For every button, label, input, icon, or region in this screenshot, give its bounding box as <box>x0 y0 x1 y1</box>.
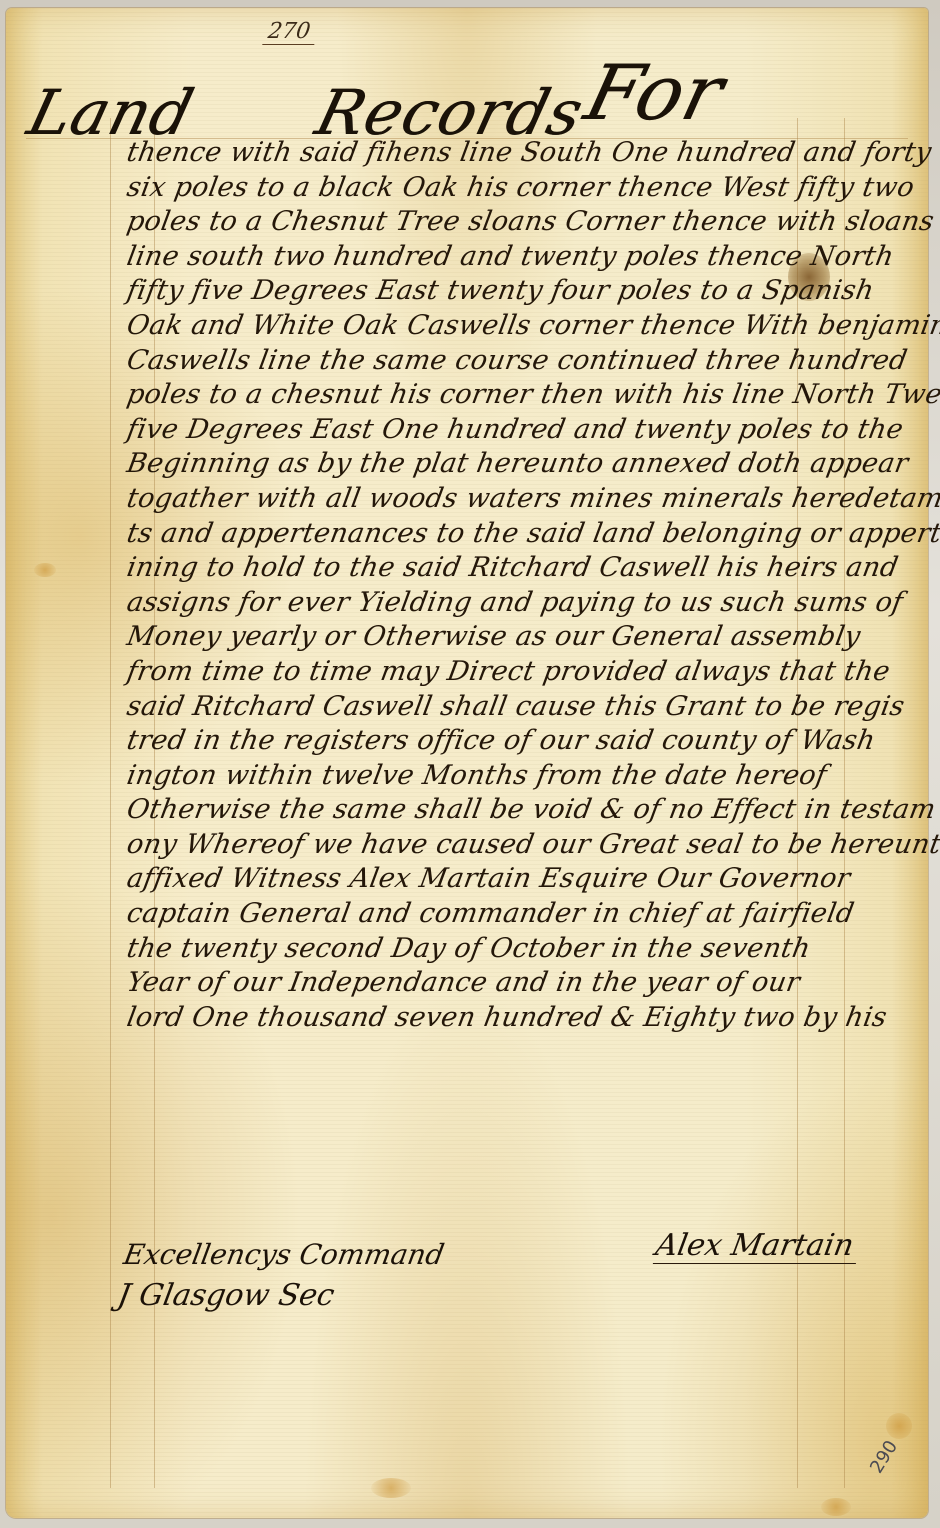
text-line: fifty five Degrees East twenty four pole… <box>124 274 930 309</box>
manuscript-page: 270 Land Records For thence with said fi… <box>6 8 928 1518</box>
text-line: togather with all woods waters mines min… <box>124 482 930 517</box>
document-scan: 270 Land Records For thence with said fi… <box>0 0 940 1528</box>
archive-page-number: 290 <box>866 1437 902 1477</box>
clerk-signature: J Glasgow Sec <box>115 1278 337 1313</box>
text-line: ony Whereof we have caused our Great sea… <box>124 828 930 863</box>
page-heading: Land Records For <box>6 36 928 136</box>
text-line: Otherwise the same shall be void & of no… <box>124 793 930 828</box>
foxing-spot <box>34 563 56 577</box>
text-line: captain General and commander in chief a… <box>124 897 930 932</box>
text-line: assigns for ever Yielding and paying to … <box>124 586 930 621</box>
text-line: Year of our Independance and in the year… <box>124 966 930 1001</box>
heading-word-for: For <box>577 48 733 137</box>
text-line: affixed Witness Alex Martain Esquire Our… <box>124 862 930 897</box>
grant-body-text: thence with said fihens line South One h… <box>124 136 924 1035</box>
text-line: poles to a chesnut his corner then with … <box>124 378 930 413</box>
text-line: tred in the registers office of our said… <box>124 724 930 759</box>
text-line: Money yearly or Otherwise as our General… <box>124 620 930 655</box>
text-line: Caswells line the same course continued … <box>124 344 930 379</box>
text-line: Beginning as by the plat hereunto annexe… <box>124 447 930 482</box>
text-line: six poles to a black Oak his corner then… <box>124 171 930 206</box>
text-line: lord One thousand seven hundred & Eighty… <box>124 1001 930 1036</box>
text-line: ington within twelve Months from the dat… <box>124 759 930 794</box>
text-line: from time to time may Direct provided al… <box>124 655 930 690</box>
foxing-spot <box>886 1413 912 1439</box>
text-line: line south two hundred and twenty poles … <box>124 240 930 275</box>
closing-command-line: Excellencys Command <box>121 1238 447 1271</box>
text-line: five Degrees East One hundred and twenty… <box>124 413 930 448</box>
text-line: thence with said fihens line South One h… <box>124 136 930 171</box>
foxing-spot <box>821 1498 851 1516</box>
text-line: ining to hold to the said Ritchard Caswe… <box>124 551 930 586</box>
text-line: said Ritchard Caswell shall cause this G… <box>124 690 930 725</box>
margin-rule-left <box>110 118 111 1488</box>
text-line: Oak and White Oak Caswells corner thence… <box>124 309 930 344</box>
governor-signature: Alex Martain <box>653 1228 863 1264</box>
foxing-spot <box>371 1478 411 1498</box>
text-line: poles to a Chesnut Tree sloans Corner th… <box>124 205 930 240</box>
text-line: ts and appertenances to the said land be… <box>124 517 930 552</box>
text-line: the twenty second Day of October in the … <box>124 932 930 967</box>
